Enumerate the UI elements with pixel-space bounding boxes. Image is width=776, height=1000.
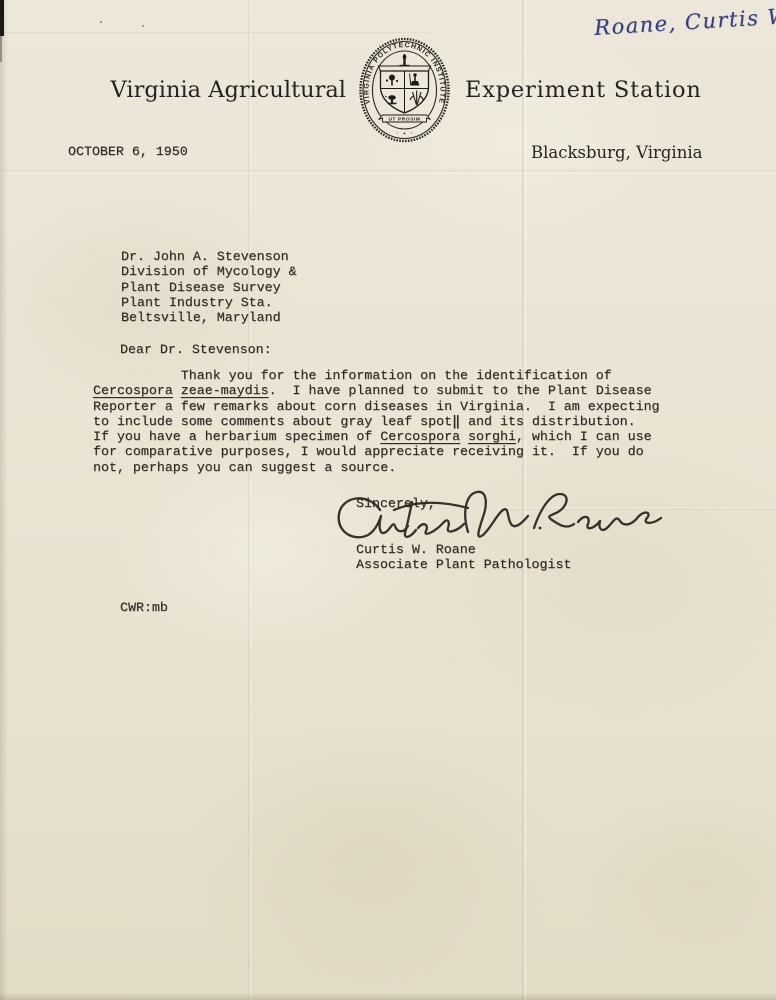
fold-line-horizontal-top: [0, 32, 430, 35]
scanned-letter: Roane, Curtis W Virginia Agricultural Ex…: [0, 0, 776, 1000]
scan-background-sliver: [0, 0, 4, 36]
recipient-line: Division of Mycology &: [121, 264, 297, 279]
body-line: for comparative purposes, I would apprec…: [93, 444, 660, 459]
handwritten-annotation: Roane, Curtis W: [594, 0, 776, 40]
fold-line-vertical-left: [248, 0, 252, 1000]
letterhead-org-name-right: Experiment Station: [465, 76, 702, 104]
seal-ring-ornament: · ✦ ·: [395, 130, 413, 137]
place-line: Blacksburg, Virginia: [531, 143, 702, 162]
recipient-line: Beltsville, Maryland: [121, 310, 297, 325]
seal-motto: UT PROSIM: [388, 117, 420, 123]
signed-name: Curtis W. Roane: [356, 542, 476, 557]
body-line: If you have a herbarium specimen of Cerc…: [93, 429, 660, 444]
letter-body: Thank you for the information on the ide…: [93, 368, 660, 475]
body-line: Reporter a few remarks about corn diseas…: [93, 399, 660, 414]
body-line: to include some comments about gray leaf…: [93, 414, 660, 429]
date-line: OCTOBER 6, 1950: [68, 144, 188, 159]
body-line: not, perhaps you can suggest a source.: [93, 460, 660, 475]
fold-line-horizontal: [0, 170, 776, 174]
paper-edge-shadow-left: [0, 0, 8, 1000]
recipient-block: Dr. John A. StevensonDivision of Mycolog…: [121, 249, 297, 325]
paper-speck: [142, 25, 144, 27]
typist-reference: CWR:mb: [120, 600, 168, 615]
body-line: Thank you for the information on the ide…: [93, 368, 660, 383]
recipient-line: Plant Disease Survey: [121, 280, 297, 295]
paper-edge-shadow-bottom: [0, 993, 776, 1000]
scan-background-sliver-fade: [0, 36, 2, 62]
signed-title: Associate Plant Pathologist: [356, 557, 571, 572]
recipient-line: Dr. John A. Stevenson: [121, 249, 297, 264]
letterhead-org-name-left: Virginia Agricultural: [111, 76, 346, 104]
salutation: Dear Dr. Stevenson:: [120, 342, 272, 357]
recipient-line: Plant Industry Sta.: [121, 295, 297, 310]
paper-speck: [100, 21, 102, 23]
body-line: Cercospora zeae-maydis. I have planned t…: [93, 383, 660, 398]
vpi-seal-emblem: VIRGINIA POLYTECHNIC INSTITUTE · ✦ ·: [357, 36, 452, 144]
